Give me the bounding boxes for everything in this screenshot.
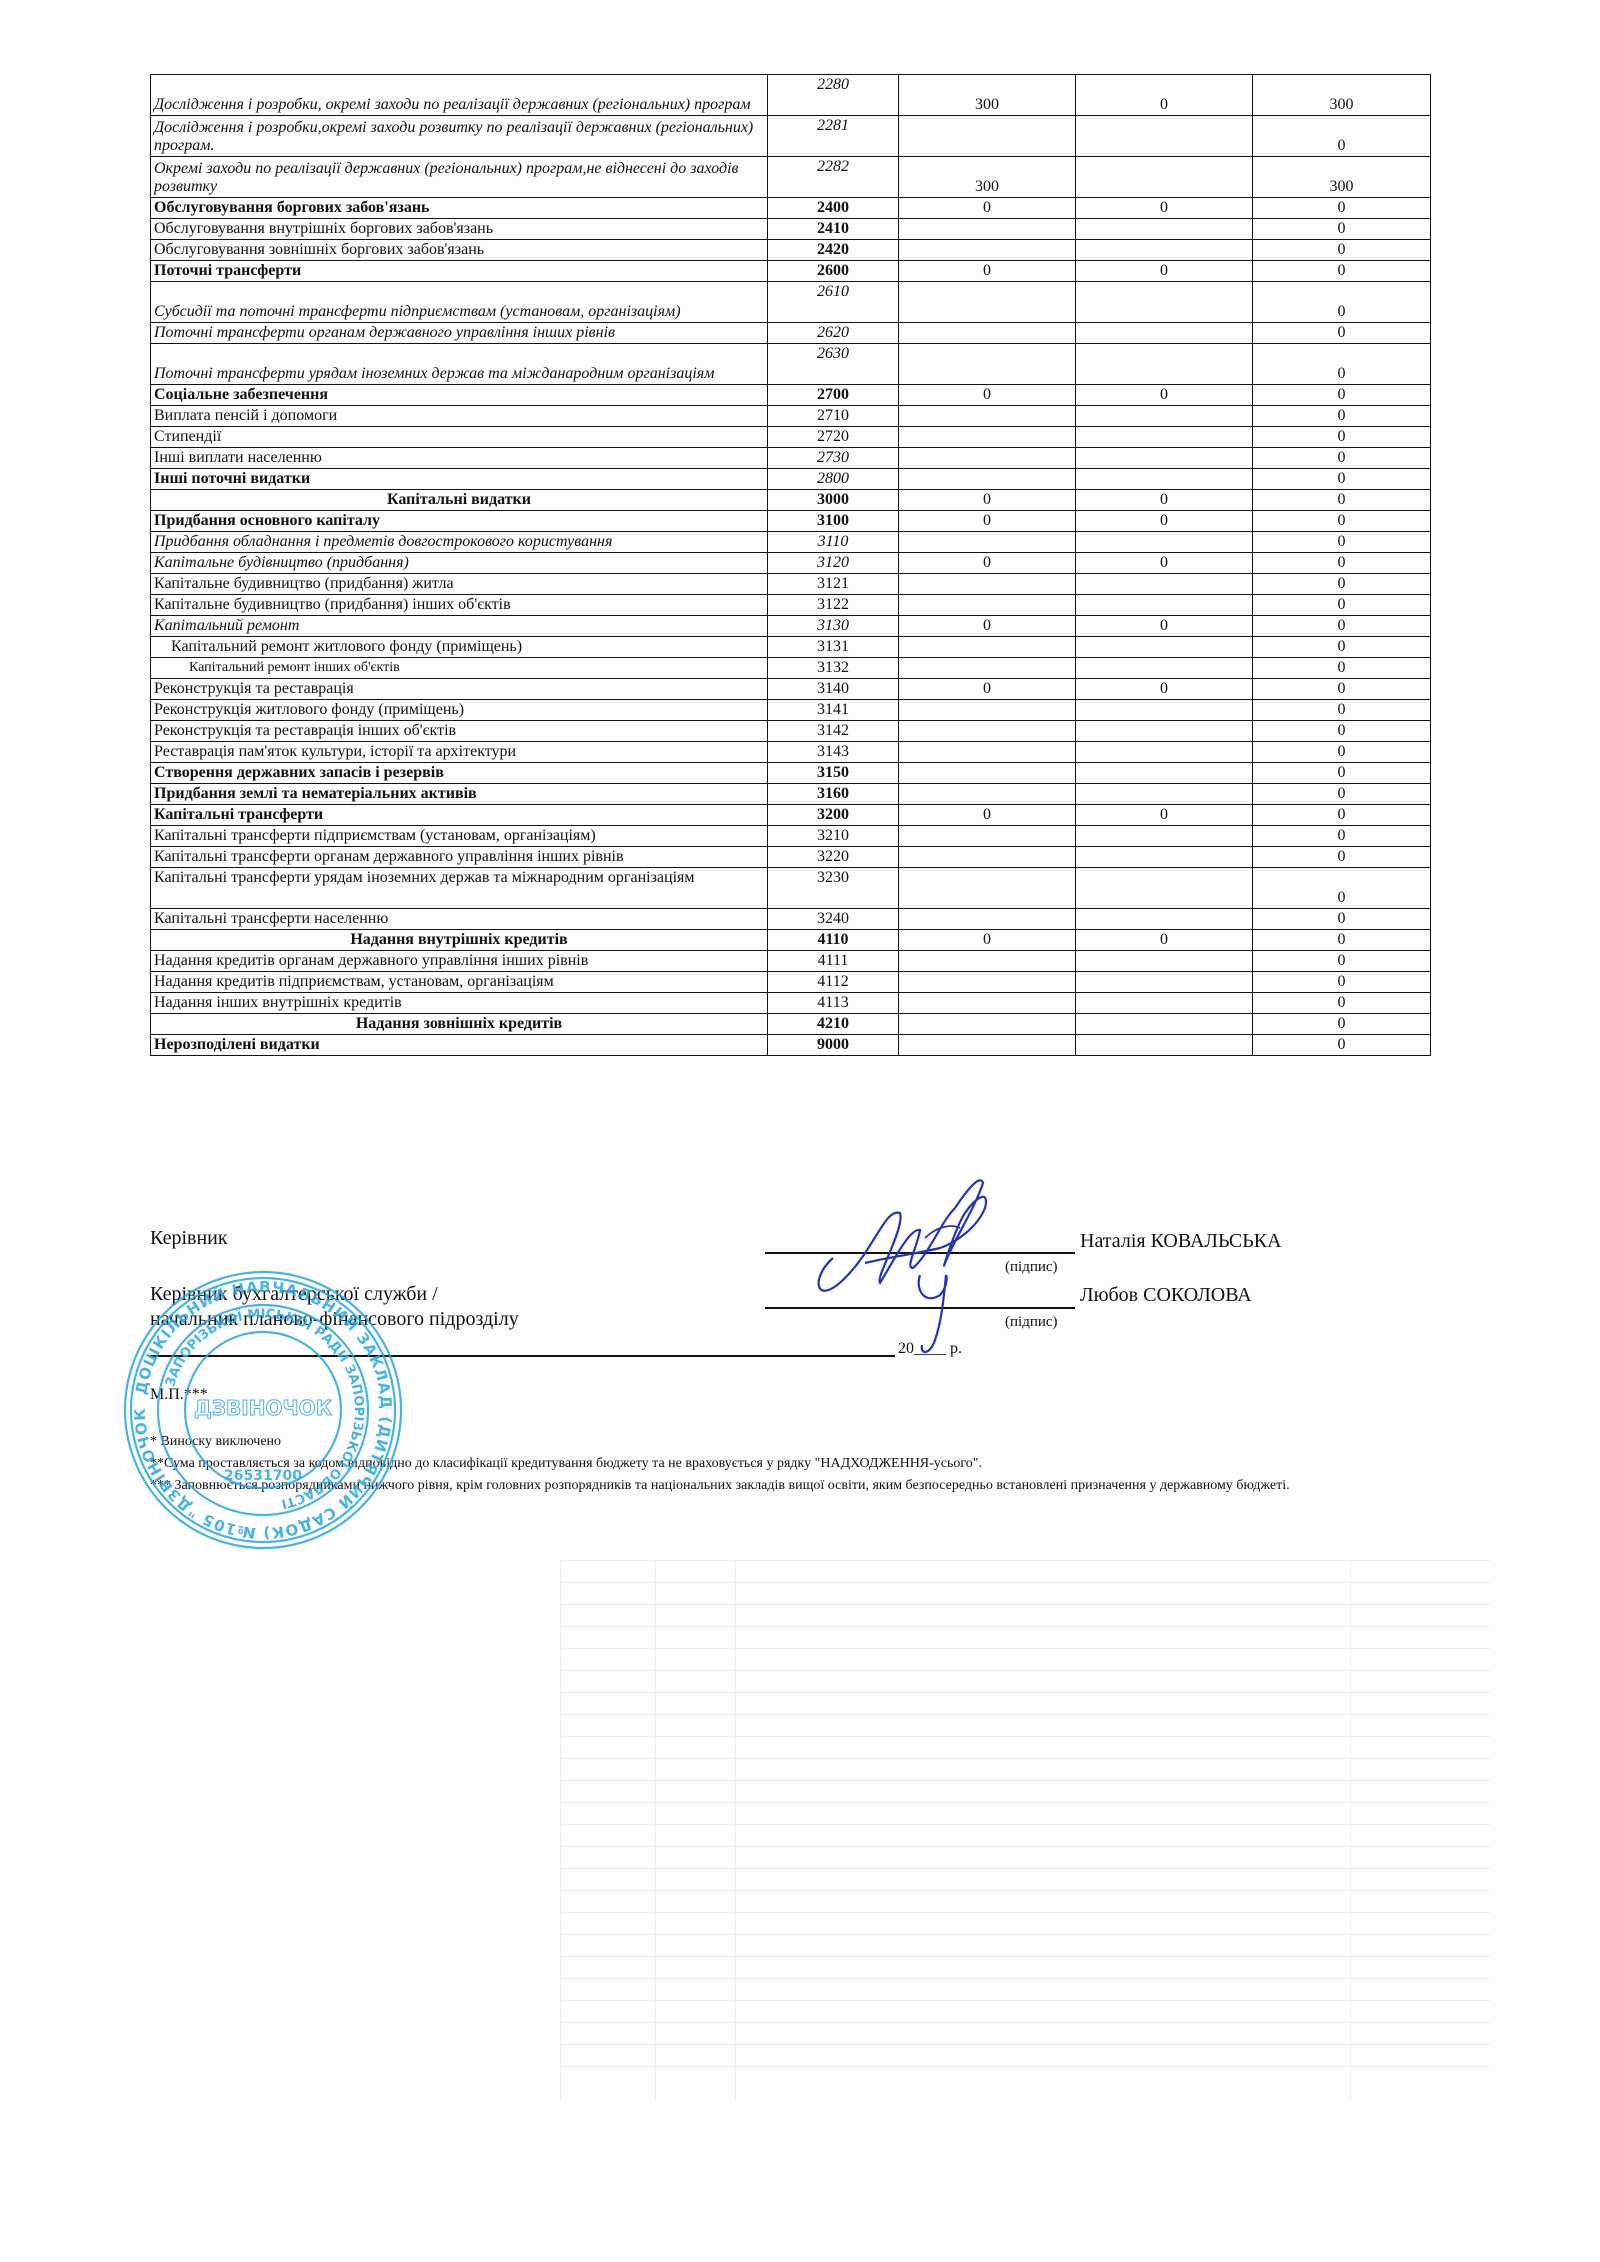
table-row: Капітальне будивництво (придбання) житла… [151, 574, 1431, 595]
row-code: 9000 [768, 1035, 899, 1056]
row-name: Поточні трансферти [151, 261, 768, 282]
table-row: Дослідження і розробки, окремі заходи по… [151, 75, 1431, 116]
accountant-name: Любов СОКОЛОВА [1080, 1284, 1252, 1307]
row-value-total: 0 [1253, 700, 1431, 721]
row-value-changes [1076, 406, 1253, 427]
row-name: Створення державних запасів і резервів [151, 763, 768, 784]
table-row: Капітальний ремонт3130000 [151, 616, 1431, 637]
table-row: Капітальні трансферти3200000 [151, 805, 1431, 826]
row-code: 2620 [768, 323, 899, 344]
table-row: Капітальне будивництво (придбання) інших… [151, 595, 1431, 616]
table-row: Виплата пенсій і допомоги27100 [151, 406, 1431, 427]
table-row: Капітальні трансферти підприємствам (уст… [151, 826, 1431, 847]
row-value-total: 0 [1253, 847, 1431, 868]
svg-text:26531700: 26531700 [224, 1468, 302, 1484]
row-value-changes [1076, 532, 1253, 553]
row-value-approved [899, 240, 1076, 261]
row-value-approved [899, 784, 1076, 805]
row-name: Поточні трансферти урядам іноземних держ… [151, 344, 768, 385]
row-value-approved [899, 721, 1076, 742]
row-code: 2600 [768, 261, 899, 282]
row-value-total: 0 [1253, 721, 1431, 742]
row-name: Обслуговування зовнішніх боргових забов'… [151, 240, 768, 261]
row-value-approved [899, 658, 1076, 679]
row-value-changes [1076, 219, 1253, 240]
row-code: 3230 [768, 868, 899, 909]
table-row: Створення державних запасів і резервів31… [151, 763, 1431, 784]
row-name: Придбання землі та нематеріальних активі… [151, 784, 768, 805]
row-value-total: 0 [1253, 198, 1431, 219]
row-code: 3142 [768, 721, 899, 742]
row-code: 2420 [768, 240, 899, 261]
row-value-approved [899, 595, 1076, 616]
row-name: Реконструкція та реставрація [151, 679, 768, 700]
row-name: Поточні трансферти органам державного уп… [151, 323, 768, 344]
row-value-total: 0 [1253, 616, 1431, 637]
table-row: Капітальні трансферти органам державного… [151, 847, 1431, 868]
table-row: Поточні трансферти урядам іноземних держ… [151, 344, 1431, 385]
row-code: 2280 [768, 75, 899, 116]
row-value-changes [1076, 784, 1253, 805]
row-name: Капітальне будивництво (придбання) інших… [151, 595, 768, 616]
row-value-approved [899, 219, 1076, 240]
row-value-approved: 0 [899, 511, 1076, 532]
row-code: 2282 [768, 157, 899, 198]
row-value-changes [1076, 282, 1253, 323]
row-code: 3210 [768, 826, 899, 847]
table-row: Інші поточні видатки28000 [151, 469, 1431, 490]
row-value-changes: 0 [1076, 930, 1253, 951]
row-code: 3150 [768, 763, 899, 784]
row-code: 4112 [768, 972, 899, 993]
row-value-total: 0 [1253, 427, 1431, 448]
row-value-total: 0 [1253, 951, 1431, 972]
accountant-signature-icon [900, 1265, 980, 1365]
row-value-total: 0 [1253, 972, 1431, 993]
table-row: Надання кредитів підприємствам, установа… [151, 972, 1431, 993]
row-value-approved [899, 826, 1076, 847]
row-value-total: 0 [1253, 1014, 1431, 1035]
row-value-approved [899, 406, 1076, 427]
row-code: 3200 [768, 805, 899, 826]
row-value-approved [899, 344, 1076, 385]
row-value-approved [899, 993, 1076, 1014]
row-value-approved [899, 532, 1076, 553]
row-value-total: 0 [1253, 385, 1431, 406]
row-code: 2630 [768, 344, 899, 385]
table-row: Придбання землі та нематеріальних активі… [151, 784, 1431, 805]
row-value-changes [1076, 951, 1253, 972]
row-value-changes: 0 [1076, 511, 1253, 532]
row-value-total: 0 [1253, 909, 1431, 930]
table-row: Капітальні видатки3000000 [151, 490, 1431, 511]
row-value-total: 0 [1253, 448, 1431, 469]
table-row: Реконструкція та реставрація3140000 [151, 679, 1431, 700]
accountant-sign-caption: (підпис) [1005, 1314, 1058, 1331]
row-value-approved [899, 972, 1076, 993]
table-row: Реконструкція житлового фонду (приміщень… [151, 700, 1431, 721]
row-value-changes [1076, 972, 1253, 993]
row-value-total: 0 [1253, 282, 1431, 323]
row-value-total: 0 [1253, 490, 1431, 511]
row-value-approved: 0 [899, 261, 1076, 282]
row-value-total: 0 [1253, 116, 1431, 157]
row-value-approved [899, 700, 1076, 721]
row-name: Дослідження і розробки, окремі заходи по… [151, 75, 768, 116]
table-row: Нерозподілені видатки90000 [151, 1035, 1431, 1056]
row-name: Капітальний ремонт [151, 616, 768, 637]
row-code: 3110 [768, 532, 899, 553]
head-name: Наталія КОВАЛЬСЬКА [1080, 1230, 1282, 1253]
row-value-approved: 0 [899, 616, 1076, 637]
table-row: Капітальний ремонт житлового фонду (прим… [151, 637, 1431, 658]
table-row: Надання внутрішніх кредитів4110000 [151, 930, 1431, 951]
table-row: Поточні трансферти органам державного уп… [151, 323, 1431, 344]
row-name: Обслуговування боргових забов'язань [151, 198, 768, 219]
row-value-changes [1076, 637, 1253, 658]
table-row: Обслуговування зовнішніх боргових забов'… [151, 240, 1431, 261]
row-value-changes: 0 [1076, 75, 1253, 116]
row-value-total: 0 [1253, 574, 1431, 595]
row-name: Капітальні трансферти [151, 805, 768, 826]
row-name: Виплата пенсій і допомоги [151, 406, 768, 427]
row-value-changes: 0 [1076, 616, 1253, 637]
row-value-total: 0 [1253, 532, 1431, 553]
row-value-changes: 0 [1076, 805, 1253, 826]
row-code: 2720 [768, 427, 899, 448]
row-value-changes [1076, 721, 1253, 742]
row-name: Реставрація пам'яток культури, історії т… [151, 742, 768, 763]
row-value-total: 0 [1253, 219, 1431, 240]
table-row: Субсидії та поточні трансферти підприємс… [151, 282, 1431, 323]
row-value-total: 0 [1253, 511, 1431, 532]
row-code: 3120 [768, 553, 899, 574]
row-name: Надання інших внутрішніх кредитів [151, 993, 768, 1014]
row-code: 3141 [768, 700, 899, 721]
svg-text:ДЗВІНОЧОК: ДЗВІНОЧОК [194, 1396, 333, 1420]
row-code: 2410 [768, 219, 899, 240]
row-code: 4110 [768, 930, 899, 951]
row-value-changes [1076, 469, 1253, 490]
row-value-approved: 0 [899, 490, 1076, 511]
row-value-total: 0 [1253, 784, 1431, 805]
row-value-approved: 0 [899, 553, 1076, 574]
table-row: Соціальне забезпечення2700000 [151, 385, 1431, 406]
row-value-approved: 0 [899, 385, 1076, 406]
row-name: Придбання обладнання і предметів довгост… [151, 532, 768, 553]
row-value-approved: 300 [899, 157, 1076, 198]
head-label: Керівник [150, 1227, 228, 1250]
table-row: Надання інших внутрішніх кредитів41130 [151, 993, 1431, 1014]
row-code: 2281 [768, 116, 899, 157]
head-sign-caption: (підпис) [1005, 1259, 1058, 1276]
table-row: Інші виплати населенню27300 [151, 448, 1431, 469]
table-row: Обслуговування внутрішніх боргових забов… [151, 219, 1431, 240]
table-row: Обслуговування боргових забов'язань24000… [151, 198, 1431, 219]
row-value-approved [899, 1035, 1076, 1056]
row-code: 3000 [768, 490, 899, 511]
row-value-changes [1076, 448, 1253, 469]
row-code: 2700 [768, 385, 899, 406]
row-value-total: 0 [1253, 993, 1431, 1014]
row-value-approved: 300 [899, 75, 1076, 116]
row-code: 3132 [768, 658, 899, 679]
row-code: 2800 [768, 469, 899, 490]
row-value-total: 0 [1253, 240, 1431, 261]
row-value-changes [1076, 157, 1253, 198]
row-name: Субсидії та поточні трансферти підприємс… [151, 282, 768, 323]
row-code: 3140 [768, 679, 899, 700]
table-row: Надання зовнішніх кредитів42100 [151, 1014, 1431, 1035]
row-value-approved [899, 1014, 1076, 1035]
row-value-approved: 0 [899, 930, 1076, 951]
reverse-side-bleed-through [560, 1560, 1490, 2100]
row-value-changes [1076, 323, 1253, 344]
row-value-changes: 0 [1076, 553, 1253, 574]
row-name: Надання внутрішніх кредитів [151, 930, 768, 951]
row-value-changes [1076, 909, 1253, 930]
row-value-approved [899, 637, 1076, 658]
row-code: 4210 [768, 1014, 899, 1035]
row-value-changes [1076, 847, 1253, 868]
expenditure-table: Дослідження і розробки, окремі заходи по… [150, 74, 1431, 1056]
row-value-total: 0 [1253, 930, 1431, 951]
row-code: 3131 [768, 637, 899, 658]
row-name: Інші поточні видатки [151, 469, 768, 490]
row-name: Інші виплати населенню [151, 448, 768, 469]
row-name: Капітальне будивництво (придбання) житла [151, 574, 768, 595]
row-value-changes: 0 [1076, 261, 1253, 282]
row-value-changes: 0 [1076, 198, 1253, 219]
row-value-changes [1076, 240, 1253, 261]
row-value-total: 0 [1253, 679, 1431, 700]
row-value-approved [899, 427, 1076, 448]
row-value-changes [1076, 595, 1253, 616]
row-name: Придбання основного капіталу [151, 511, 768, 532]
row-value-total: 0 [1253, 261, 1431, 282]
row-name: Капітальний ремонт житлового фонду (прим… [151, 637, 768, 658]
table-row: Стипендії27200 [151, 427, 1431, 448]
table-row: Реконструкція та реставрація інших об'єк… [151, 721, 1431, 742]
row-value-approved [899, 116, 1076, 157]
row-value-changes [1076, 700, 1253, 721]
row-value-total: 0 [1253, 763, 1431, 784]
row-value-approved [899, 868, 1076, 909]
row-code: 3160 [768, 784, 899, 805]
row-name: Капітальне будівництво (придбання) [151, 553, 768, 574]
row-name: Реконструкція житлового фонду (приміщень… [151, 700, 768, 721]
row-code: 3100 [768, 511, 899, 532]
row-value-approved [899, 763, 1076, 784]
table-row: Надання кредитів органам державного упра… [151, 951, 1431, 972]
row-code: 3121 [768, 574, 899, 595]
table-row: Придбання основного капіталу3100000 [151, 511, 1431, 532]
row-value-total: 0 [1253, 868, 1431, 909]
row-value-approved [899, 742, 1076, 763]
row-value-total: 0 [1253, 805, 1431, 826]
table-row: Реставрація пам'яток культури, історії т… [151, 742, 1431, 763]
row-value-changes: 0 [1076, 385, 1253, 406]
row-value-total: 0 [1253, 826, 1431, 847]
row-value-changes [1076, 658, 1253, 679]
row-value-changes [1076, 993, 1253, 1014]
row-value-changes [1076, 116, 1253, 157]
row-value-approved [899, 282, 1076, 323]
row-value-approved [899, 909, 1076, 930]
row-value-total: 0 [1253, 637, 1431, 658]
row-value-total: 0 [1253, 742, 1431, 763]
row-value-changes [1076, 344, 1253, 385]
row-name: Капітальний ремонт інших об'єктів [151, 658, 768, 679]
table-row: Капітальний ремонт інших об'єктів31320 [151, 658, 1431, 679]
row-value-changes [1076, 1035, 1253, 1056]
row-name: Капітальні трансферти органам державного… [151, 847, 768, 868]
row-name: Дослідження і розробки,окремі заходи роз… [151, 116, 768, 157]
row-value-total: 0 [1253, 595, 1431, 616]
row-value-approved [899, 951, 1076, 972]
row-value-changes [1076, 763, 1253, 784]
row-value-changes [1076, 427, 1253, 448]
official-stamp-icon: ДОШКІЛЬНИЙ НАВЧАЛЬНИЙ ЗАКЛАД (ДИТЯЧИЙ СА… [118, 1265, 408, 1555]
row-code: 3143 [768, 742, 899, 763]
row-value-total: 300 [1253, 75, 1431, 116]
row-value-approved [899, 847, 1076, 868]
row-name: Капітальні трансферти населенню [151, 909, 768, 930]
row-value-approved: 0 [899, 198, 1076, 219]
row-value-changes [1076, 868, 1253, 909]
table-row: Окремі заходи по реалізації державних (р… [151, 157, 1431, 198]
row-code: 3130 [768, 616, 899, 637]
row-name: Окремі заходи по реалізації державних (р… [151, 157, 768, 198]
row-value-approved: 0 [899, 805, 1076, 826]
row-value-approved [899, 574, 1076, 595]
row-code: 2710 [768, 406, 899, 427]
row-name: Реконструкція та реставрація інших об'єк… [151, 721, 768, 742]
row-code: 3240 [768, 909, 899, 930]
row-code: 3220 [768, 847, 899, 868]
row-value-total: 0 [1253, 658, 1431, 679]
row-code: 3122 [768, 595, 899, 616]
row-name: Обслуговування внутрішніх боргових забов… [151, 219, 768, 240]
row-value-total: 0 [1253, 469, 1431, 490]
row-name: Капітальні видатки [151, 490, 768, 511]
row-value-total: 0 [1253, 553, 1431, 574]
row-value-changes [1076, 826, 1253, 847]
row-value-changes [1076, 742, 1253, 763]
row-name: Капітальні трансферти підприємствам (уст… [151, 826, 768, 847]
row-value-changes: 0 [1076, 679, 1253, 700]
row-name: Соціальне забезпечення [151, 385, 768, 406]
row-name: Надання зовнішніх кредитів [151, 1014, 768, 1035]
row-code: 4111 [768, 951, 899, 972]
row-value-changes [1076, 1014, 1253, 1035]
row-value-approved [899, 448, 1076, 469]
row-value-total: 300 [1253, 157, 1431, 198]
row-value-approved [899, 323, 1076, 344]
row-name: Стипендії [151, 427, 768, 448]
row-code: 4113 [768, 993, 899, 1014]
table-row: Поточні трансферти2600000 [151, 261, 1431, 282]
row-value-changes: 0 [1076, 490, 1253, 511]
table-row: Капітальне будівництво (придбання)312000… [151, 553, 1431, 574]
table-row: Придбання обладнання і предметів довгост… [151, 532, 1431, 553]
row-code: 2730 [768, 448, 899, 469]
table-row: Капітальні трансферти урядам іноземних д… [151, 868, 1431, 909]
row-value-total: 0 [1253, 1035, 1431, 1056]
row-name: Надання кредитів підприємствам, установа… [151, 972, 768, 993]
row-name: Нерозподілені видатки [151, 1035, 768, 1056]
expenditure-table-body: Дослідження і розробки, окремі заходи по… [151, 75, 1431, 1056]
row-code: 2610 [768, 282, 899, 323]
table-row: Дослідження і розробки,окремі заходи роз… [151, 116, 1431, 157]
row-value-approved [899, 469, 1076, 490]
row-value-total: 0 [1253, 323, 1431, 344]
row-code: 2400 [768, 198, 899, 219]
row-value-approved: 0 [899, 679, 1076, 700]
row-value-changes [1076, 574, 1253, 595]
row-name: Капітальні трансферти урядам іноземних д… [151, 868, 768, 909]
row-value-total: 0 [1253, 406, 1431, 427]
row-value-total: 0 [1253, 344, 1431, 385]
row-name: Надання кредитів органам державного упра… [151, 951, 768, 972]
table-row: Капітальні трансферти населенню32400 [151, 909, 1431, 930]
